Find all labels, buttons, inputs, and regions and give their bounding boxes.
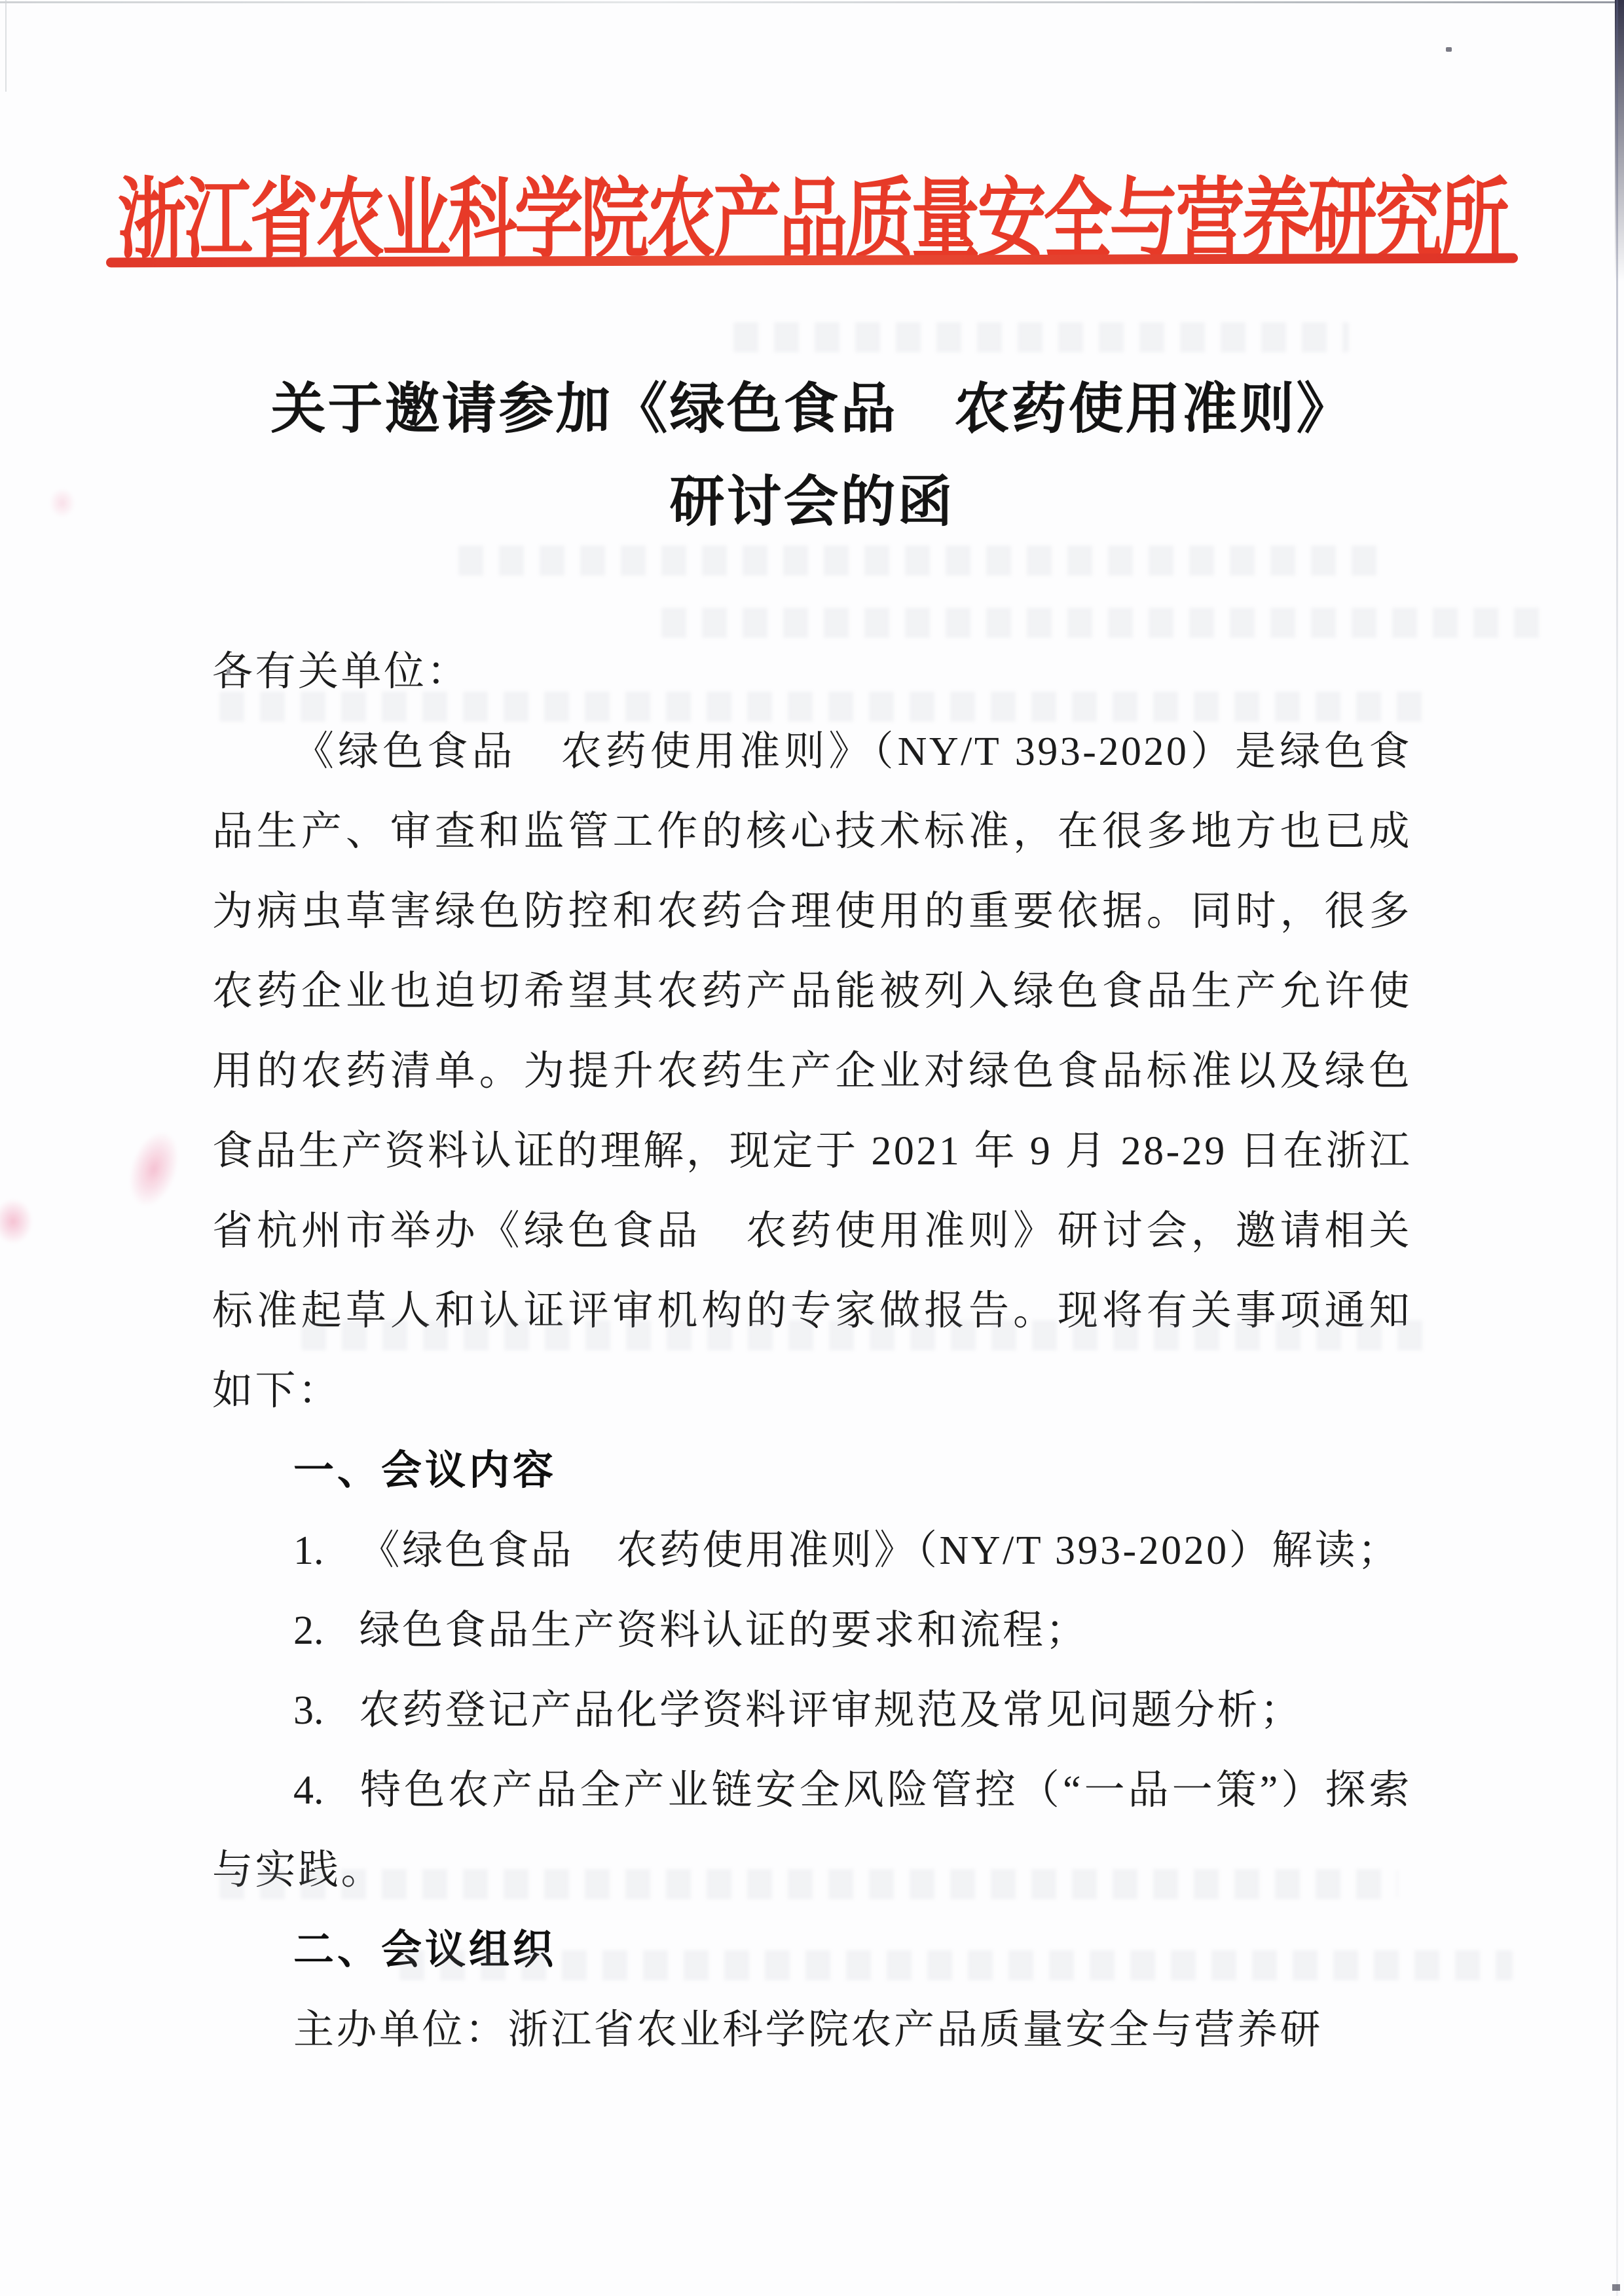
letter-body: 各有关单位： 《绿色食品 农药使用准则》（NY/T 393-2020）是绿色食品… (212, 632, 1412, 2070)
agenda-item-4: 4.特色农产品全产业链安全风险管控（“一品一策”）探索与实践。 (212, 1750, 1412, 1910)
section-2-heading: 二、会议组织 (212, 1910, 1412, 1990)
scan-right-edge-artifact (1616, 0, 1618, 2296)
salutation: 各有关单位： (212, 632, 1412, 712)
agenda-item-3-text: 农药登记产品化学资料评审规范及常见问题分析； (360, 1688, 1303, 1733)
pink-smudge-artifact (0, 1198, 33, 1244)
agenda-item-1-number: 1. (293, 1528, 324, 1573)
agenda-item-2-text: 绿色食品生产资料认证的要求和流程； (360, 1608, 1089, 1653)
bleed-through-artifact (458, 546, 1388, 576)
agenda-item-1-text: 《绿色食品 农药使用准则》（NY/T 393-2020）解读； (360, 1528, 1401, 1573)
document-title-line2: 研讨会的函 (0, 456, 1624, 549)
letterhead: 浙江省农业科学院农产品质量安全与营养研究所 (0, 0, 1624, 265)
pink-smudge-artifact (120, 1124, 188, 1213)
agenda-item-1: 1.《绿色食品 农药使用准则》（NY/T 393-2020）解读； (212, 1511, 1412, 1591)
agenda-item-3-number: 3. (293, 1688, 324, 1733)
document-title-line1: 关于邀请参加《绿色食品 农药使用准则》 (0, 363, 1624, 456)
agenda-item-2-number: 2. (293, 1608, 324, 1653)
document-title: 关于邀请参加《绿色食品 农药使用准则》 研讨会的函 (0, 363, 1624, 549)
scanned-letter-page: { "document": { "letterhead": { "org_nam… (0, 0, 1624, 2296)
bleed-through-artifact (733, 322, 1349, 352)
agenda-item-4-text: 特色农产品全产业链安全风险管控（“一品一策”）探索与实践。 (212, 1768, 1412, 1893)
host-unit-line: 主办单位：浙江省农业科学院农产品质量安全与营养研 (212, 1990, 1412, 2070)
agenda-item-2: 2.绿色食品生产资料认证的要求和流程； (212, 1591, 1412, 1671)
agenda-item-4-number: 4. (293, 1768, 324, 1813)
scan-bottom-right-mark (1612, 2284, 1620, 2291)
intro-paragraph: 《绿色食品 农药使用准则》（NY/T 393-2020）是绿色食品生产、审查和监… (212, 712, 1412, 1431)
agenda-item-3: 3.农药登记产品化学资料评审规范及常见问题分析； (212, 1671, 1412, 1750)
section-1-heading: 一、会议内容 (212, 1431, 1412, 1511)
letterhead-org-name: 浙江省农业科学院农产品质量安全与营养研究所 (0, 0, 1624, 273)
